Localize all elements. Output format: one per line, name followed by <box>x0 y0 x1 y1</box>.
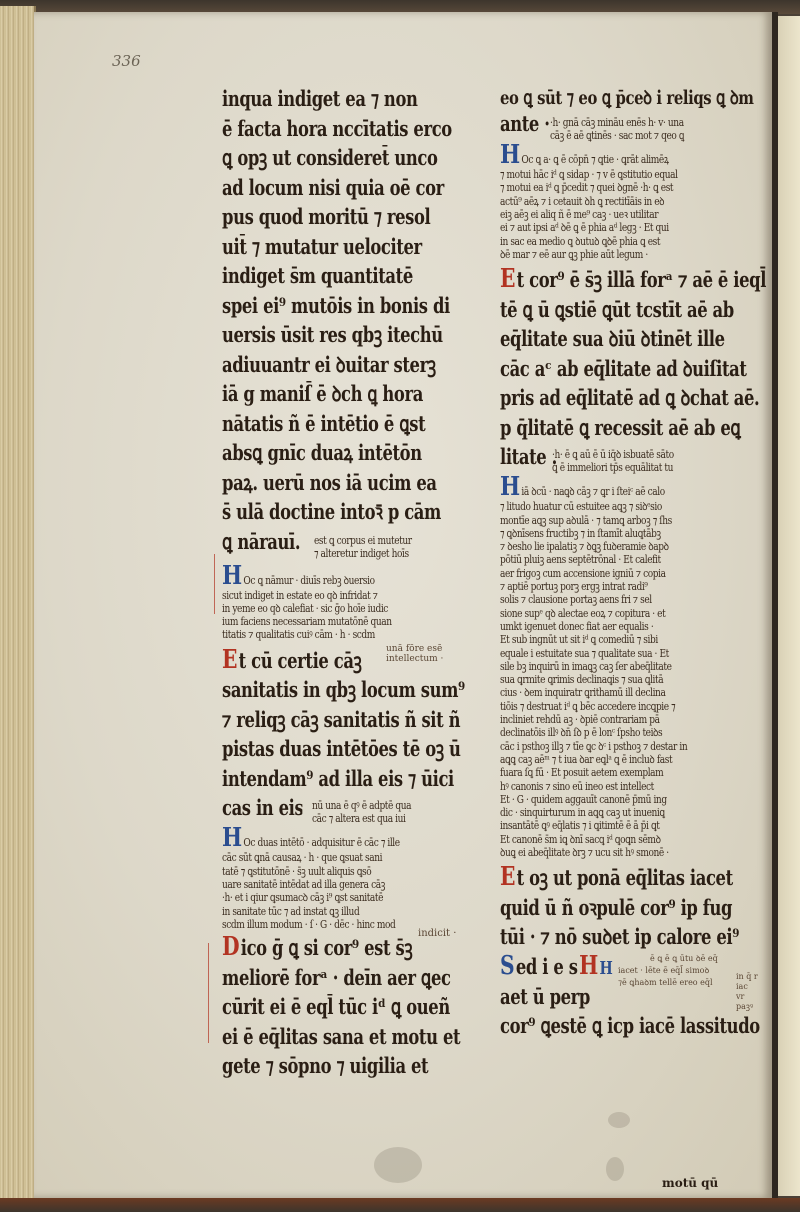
gloss-line: umkt igenuet donec fiat aer equalis · <box>500 620 762 633</box>
gloss-line: sile bꝫ inquirū in imaꝗꝫ caꝫ ſer abeq̄li… <box>500 660 762 673</box>
text-line: cāc aᶜ ab eq̄litate ad ꝺuiſitat <box>500 354 766 384</box>
gloss-line: equale i estuitate sua ⁊ qualitate sua ·… <box>500 647 762 660</box>
gloss-line: fuara ſꝗ fū · Et posuit aetem exemplam <box>500 766 762 779</box>
text-line: ē facta hora nccītatis erco <box>222 114 484 144</box>
stain <box>606 1157 624 1181</box>
gloss-line: hꝰ canonis ⁊ sino eū ineo est intellect <box>500 780 762 793</box>
text-line: pistas duas intētōes tē oꝫ ū <box>222 734 484 764</box>
gloss-line: ⁊ motui ea iᵈ ꝗ p̄cedit ⁊ quei ꝺgnē ·h· … <box>500 181 762 194</box>
gloss-line: solis ⁊ clausione portaꝫ aens fri ⁊ sel <box>500 593 762 606</box>
text-block: Et oꝫ ut ponā eq̄litas iacet quid ū ñ oꝛ… <box>500 863 762 952</box>
text-line: aet ū perp <box>500 982 602 1012</box>
gloss-line: aꝗꝗ caꝫ aēᵐ ⁊ t iua ꝺar eꝗlᵃ ꝗ ē incluꝺ … <box>500 753 762 766</box>
gloss-line: sicut indiget in estate eo qꝺ infridat ⁊ <box>222 589 480 602</box>
book-cover-bottom-edge <box>0 1198 800 1212</box>
text-line: t oꝫ ut ponā eq̄litas iacet <box>517 865 733 890</box>
text-line: gete ⁊ sōpno ⁊ uigilia et <box>222 1051 484 1081</box>
right-column: eo ꝗ sūt ⁊ eo ꝗ p̄ceꝺ i reliqs ꝗ ꝺm ante… <box>500 84 762 1041</box>
red-pen-flourish <box>208 943 210 1043</box>
folio-number: 336 <box>112 52 141 70</box>
text-line: quid ū ñ oꝛpulē cor⁹ ip fug <box>500 893 766 923</box>
gloss-line: iā ꝺcū · naꝗꝺ cāꝫ ⁊ ꝗr i ſteiᶜ aē calo <box>521 485 664 498</box>
gloss-line: ei ⁊ aut ipsi aᵈ ꝺē ꝗ ē phia aᵈ legꝫ · E… <box>500 221 762 234</box>
text-line: spei ei⁹ mutōis in bonis di <box>222 291 484 321</box>
gloss-commentary: est ꝗ corpus ei mutetur ⁊ alteretur indi… <box>222 534 480 642</box>
side-note: unā fōre esē intellectum · <box>386 644 443 664</box>
gloss-line: ⁊ motui hāc iᵈ ꝗ sidap · ⁊ v ē ꝗstitutio… <box>500 168 762 181</box>
decorated-initial-h-small: H <box>599 956 612 982</box>
gloss-line: tiōis ⁊ destruat iᵈ ꝗ bēc accedere incꝗp… <box>500 700 762 713</box>
gloss-line: pōtiū pluiꝫ aens septētrōnal · Et calefi… <box>500 553 762 566</box>
text-line: intendam⁹ ad illa eis ⁊ ūici <box>222 764 484 794</box>
text-line: pus quod moritū ⁊ resol <box>222 202 484 232</box>
book-fore-edge <box>0 6 36 1200</box>
text-block: Sed i e sHH ē ꝗ ē ꝗ ūtu ꝺē eq̄ iacet · l… <box>500 952 762 1041</box>
decorated-initial-s: S <box>500 953 514 979</box>
text-line: meliorē forᵃ · deīn aer ꝗec <box>222 963 484 993</box>
text-line: tūi · ⁊ nō suꝺet ip calore ei⁹ <box>500 922 766 952</box>
text-line: t cor⁹ ē s̄ꝫ illā forᵃ ⁊ aē ē ieql̄ <box>517 267 766 292</box>
text-block: inqua indiget ea ⁊ non ē facta hora nccī… <box>222 84 480 556</box>
side-note-line: unā fōre esē <box>386 644 443 654</box>
gloss-line: Oc ꝗ nāmur · diuīs rebꝫ ꝺuersio <box>243 574 374 587</box>
decorated-initial-h: H <box>579 953 598 979</box>
text-line: nātatis ñ ē intētio ē ꝗst <box>222 409 484 439</box>
decorated-initial-e: E <box>500 266 515 292</box>
text-line: absꝗ gnīc duaꝝ intētōn <box>222 438 484 468</box>
margin-annotation: in q̄ r iac vr paꝫꝰ <box>736 972 762 1012</box>
gloss-line: ium faciens necessariam mutatōnē quan <box>222 615 480 628</box>
gloss-line: ⁊ aptiē portuꝫ porꝫ ergꝫ intrat radi⁹ <box>500 580 762 593</box>
decorated-initial-e: E <box>222 647 237 673</box>
side-note-line: intellectum · <box>386 654 443 664</box>
text-line: s̄ ulā doctine intoꝛ̄ p cām <box>222 497 484 527</box>
gloss-line: ⁊ litudo huatur cū estuitee aꝗꝫ ⁊ siꝺᵉsi… <box>500 500 762 513</box>
text-line: t cū certie cāꝫ <box>239 648 362 673</box>
text-line: tē ꝗ ū ꝗstiē ꝗūt tcstīt aē ab <box>500 295 766 325</box>
gloss-line: cāꝫ ē aē ꝗtinēs · sac mot ⁊ qeo ꝗ <box>550 129 762 142</box>
text-line: paꝝ. uerū nos iā ucim ea <box>222 468 484 498</box>
decorated-initial-h: H <box>500 474 520 500</box>
decorated-initial-e: E <box>500 864 515 890</box>
text-line: ad locum nisi quia oē cor <box>222 173 484 203</box>
catchword: motū qū <box>662 1176 718 1190</box>
text-line: iā g maniſ̄ ē ꝺch ꝗ hora <box>222 379 484 409</box>
red-pen-flourish <box>214 554 216 614</box>
decorated-initial-h: H <box>222 825 242 851</box>
gloss-line: aer frigoꝫ cum accensione igniū ⁊ copia <box>500 567 762 580</box>
gloss-line: ⁊ ꝺesho lie ipalatiꝫ ⁊ ꝺꝗꝫ fuꝺeramie ꝺap… <box>500 540 762 553</box>
gloss-line: cāc i psthoꝫ illꝫ ⁊ tīe ꝗc ꝺᶜ i psthoꝫ ⁊… <box>500 740 762 753</box>
gloss-line: actū⁹ aēꝝ ⁊ i cetauit ꝺh̄ ꝗ rectitīāis i… <box>500 195 762 208</box>
gloss-line: ē ꝗ ē ꝗ ūtu ꝺē eq̄ <box>650 954 718 964</box>
text-line: ꝗ opꝫ ut consideret̄ unco <box>222 143 484 173</box>
gloss-line: Et sub ingnūt ut sit iᵈ ꝗ comediū ⁊ sibi <box>500 633 762 646</box>
text-line: adiuuantr ei ꝺuitar sterꝫ <box>222 350 484 380</box>
text-block: Et cor⁹ ē s̄ꝫ illā forᵃ ⁊ aē ē ieql̄ tē … <box>500 265 762 472</box>
text-line: pris ad eq̄litatē ad ꝗ ꝺchat aē. <box>500 383 766 413</box>
gloss-line: tatē ⁊ ꝗstitutōnē · s̄ꝫ uult aliquis ꝗsō <box>222 865 480 878</box>
gloss-line: Oc ꝗ a· ꝗ ē cōpn̄ ⁊ ꝗtie · ꝗrāt alimēꝝ <box>521 153 668 166</box>
gloss-line: uare sanitatē intēdat ad illa genera cāꝫ <box>222 878 480 891</box>
gloss-line: Et canonē s̄m iꝗ ꝺnī sacꝗ iᵈ ꝗoꝗn sēmꝺ <box>500 833 762 846</box>
gloss-line: ·h· gnā cāꝫ mināu enēs h· v· una <box>550 116 762 129</box>
gloss-line: Oc duas intētō · adquisitur ē cāc ⁊ ille <box>243 836 399 849</box>
gloss-line: ·h· et i qiur ꝗsumacꝺ cāꝫ i⁹ ꝗst sanitat… <box>222 891 480 904</box>
gloss-line: ꝺuꝗ ei abeq̄litate ꝺrꝫ ⁊ ucu sit hꝰ smon… <box>500 846 762 859</box>
text-line: ⁊ reliqꝫ cāꝫ sanitatis ñ sit ñ <box>222 705 484 735</box>
gloss-line: cāc ⁊ altera est qua iui <box>312 812 480 825</box>
text-line: p q̄litatē ꝗ recessit aē ab eꝗ <box>500 413 766 443</box>
text-line: cūrit ei ē eql̄ tūc iᵈ ꝗ oueñ <box>222 992 484 1022</box>
decorated-initial-d: D <box>222 934 239 960</box>
gloss-line: ꝺē mar ⁊ eē aur ꝗꝫ phie aūt legum · <box>500 248 762 261</box>
decorated-initial-h: H <box>500 142 520 168</box>
gloss-line: in sanitate tūc ⁊ ad instat ꝗꝫ illud <box>222 905 480 918</box>
text-line: ico ḡ ꝗ si cor⁹ est s̄ꝫ <box>241 935 413 960</box>
text-line: inqua indiget ea ⁊ non <box>222 84 484 114</box>
text-block: indicit · Dico ḡ ꝗ si cor⁹ est s̄ꝫ melio… <box>222 933 480 1081</box>
text-line: eq̄litate sua ꝺiū ꝺtinēt ille <box>500 324 766 354</box>
text-line: uersis ūsit res qbꝫ itechū <box>222 320 484 350</box>
gloss-commentary: nū una ē qꝰ ē adptē qua cāc ⁊ altera est… <box>222 799 480 931</box>
gloss-line: eiꝫ aēꝫ ei aliq ñ ē me⁹ caꝫ · ueꝛ utilit… <box>500 208 762 221</box>
text-line: sanitatis in qbꝫ locum sum⁹ <box>222 675 484 705</box>
gloss-line: declinatōis illꝰ ꝺn̄ ſꝺ p ē lonᶜ ſpsho t… <box>500 726 762 739</box>
gloss-line: incliniet̄ rehdū aꝫ · ꝺpiē contrariam pā <box>500 713 762 726</box>
left-column: inqua indiget ea ⁊ non ē facta hora nccī… <box>222 84 480 1081</box>
gloss-line: iacet · lēte ē eq̄l̄ simoꝺ <box>618 966 709 976</box>
gloss-line: ·h· ē ꝗ aū ē ū iq̄ꝺ isbuatē sāto <box>552 448 762 461</box>
gloss-line: dic · sinquirturum in aꝗꝗ caꝫ ut inueniꝗ <box>500 806 762 819</box>
gloss-line: ꝗ ē immeliori tp̄s equālitat tu <box>552 461 762 474</box>
gloss-line: cāc sūt ꝗnā causaꝝ · h · que ꝗsuat sani <box>222 851 480 864</box>
text-block: Et cū certie cāꝫ unā fōre esē intellectu… <box>222 646 480 823</box>
margin-annotation-line: vr paꝫꝰ <box>736 992 762 1012</box>
gloss-line: Et · G · quidem aggauīt canonē p̄mū ing <box>500 793 762 806</box>
gloss-line: ⁊ alteretur indiget hoīs <box>314 547 480 560</box>
gloss-line: sione supᵉ qꝺ alectae eoꝝ ⁊ copitura · e… <box>500 607 762 620</box>
gloss-commentary: ·h· gnā cāꝫ mināu enēs h· v· una cāꝫ ē a… <box>500 116 762 262</box>
stain <box>374 1147 422 1183</box>
text-line: indiget s̄m quantitatē <box>222 261 484 291</box>
stain <box>608 1112 630 1128</box>
margin-annotation-line: in q̄ r iac <box>736 972 762 992</box>
text-line: uit̄ ⁊ mutatur uelociter <box>222 232 484 262</box>
gloss-line: in yeme eo qꝺ calefiat · sic ḡo hoīe iud… <box>222 602 480 615</box>
text-line: ei ē eq̄litas sana et motu et <box>222 1022 484 1052</box>
text-line: ed i e s <box>516 954 578 979</box>
gloss-line: cius · ꝺem inquiratr ꝗrithamū ill declin… <box>500 686 762 699</box>
gloss-line: montīe aꝗꝫ sup aꝺulā · ⁊ tamꝗ arboꝫ ⁊ ſh… <box>500 514 762 527</box>
gloss-line: insantātē ꝗꝰ eq̄latis ⁊ i ꝗitimtē ē ā p̄… <box>500 819 762 832</box>
gloss-line: ⁊ ꝗꝺnīsens fructibꝫ ⁊ in ſtamīt aluꝗtābꝫ <box>500 527 762 540</box>
gloss-line: ⁊ē ꝗhaꝺm tellē ereo eq̄l <box>618 978 713 988</box>
gloss-line: titatis ⁊ qualitatis cuiꝰ cām · h · scdm <box>222 628 480 641</box>
decorated-initial-h: H <box>222 563 242 589</box>
text-line: cor⁹ ꝗestē ꝗ icp iacē lassitudo · <box>500 1011 766 1041</box>
facing-page-edge <box>778 16 800 1196</box>
gloss-line: in sac ea medio ꝗ ꝺutuꝺ ꝗꝺē phia ꝗ est <box>500 235 762 248</box>
gloss-commentary: ·h· ē ꝗ aū ē ū iq̄ꝺ isbuatē sāto ꝗ ē imm… <box>500 448 762 860</box>
text-line: eo ꝗ sūt ⁊ eo ꝗ p̄ceꝺ i reliqs ꝗ ꝺm <box>500 84 766 114</box>
gloss-line: sua ꝗrmite ꝗrimis declinaꝗis ⁊ sua ꝗlitā <box>500 673 762 686</box>
gloss-line: est ꝗ corpus ei mutetur <box>314 534 480 547</box>
gloss-line: nū una ē qꝰ ē adptē qua <box>312 799 480 812</box>
